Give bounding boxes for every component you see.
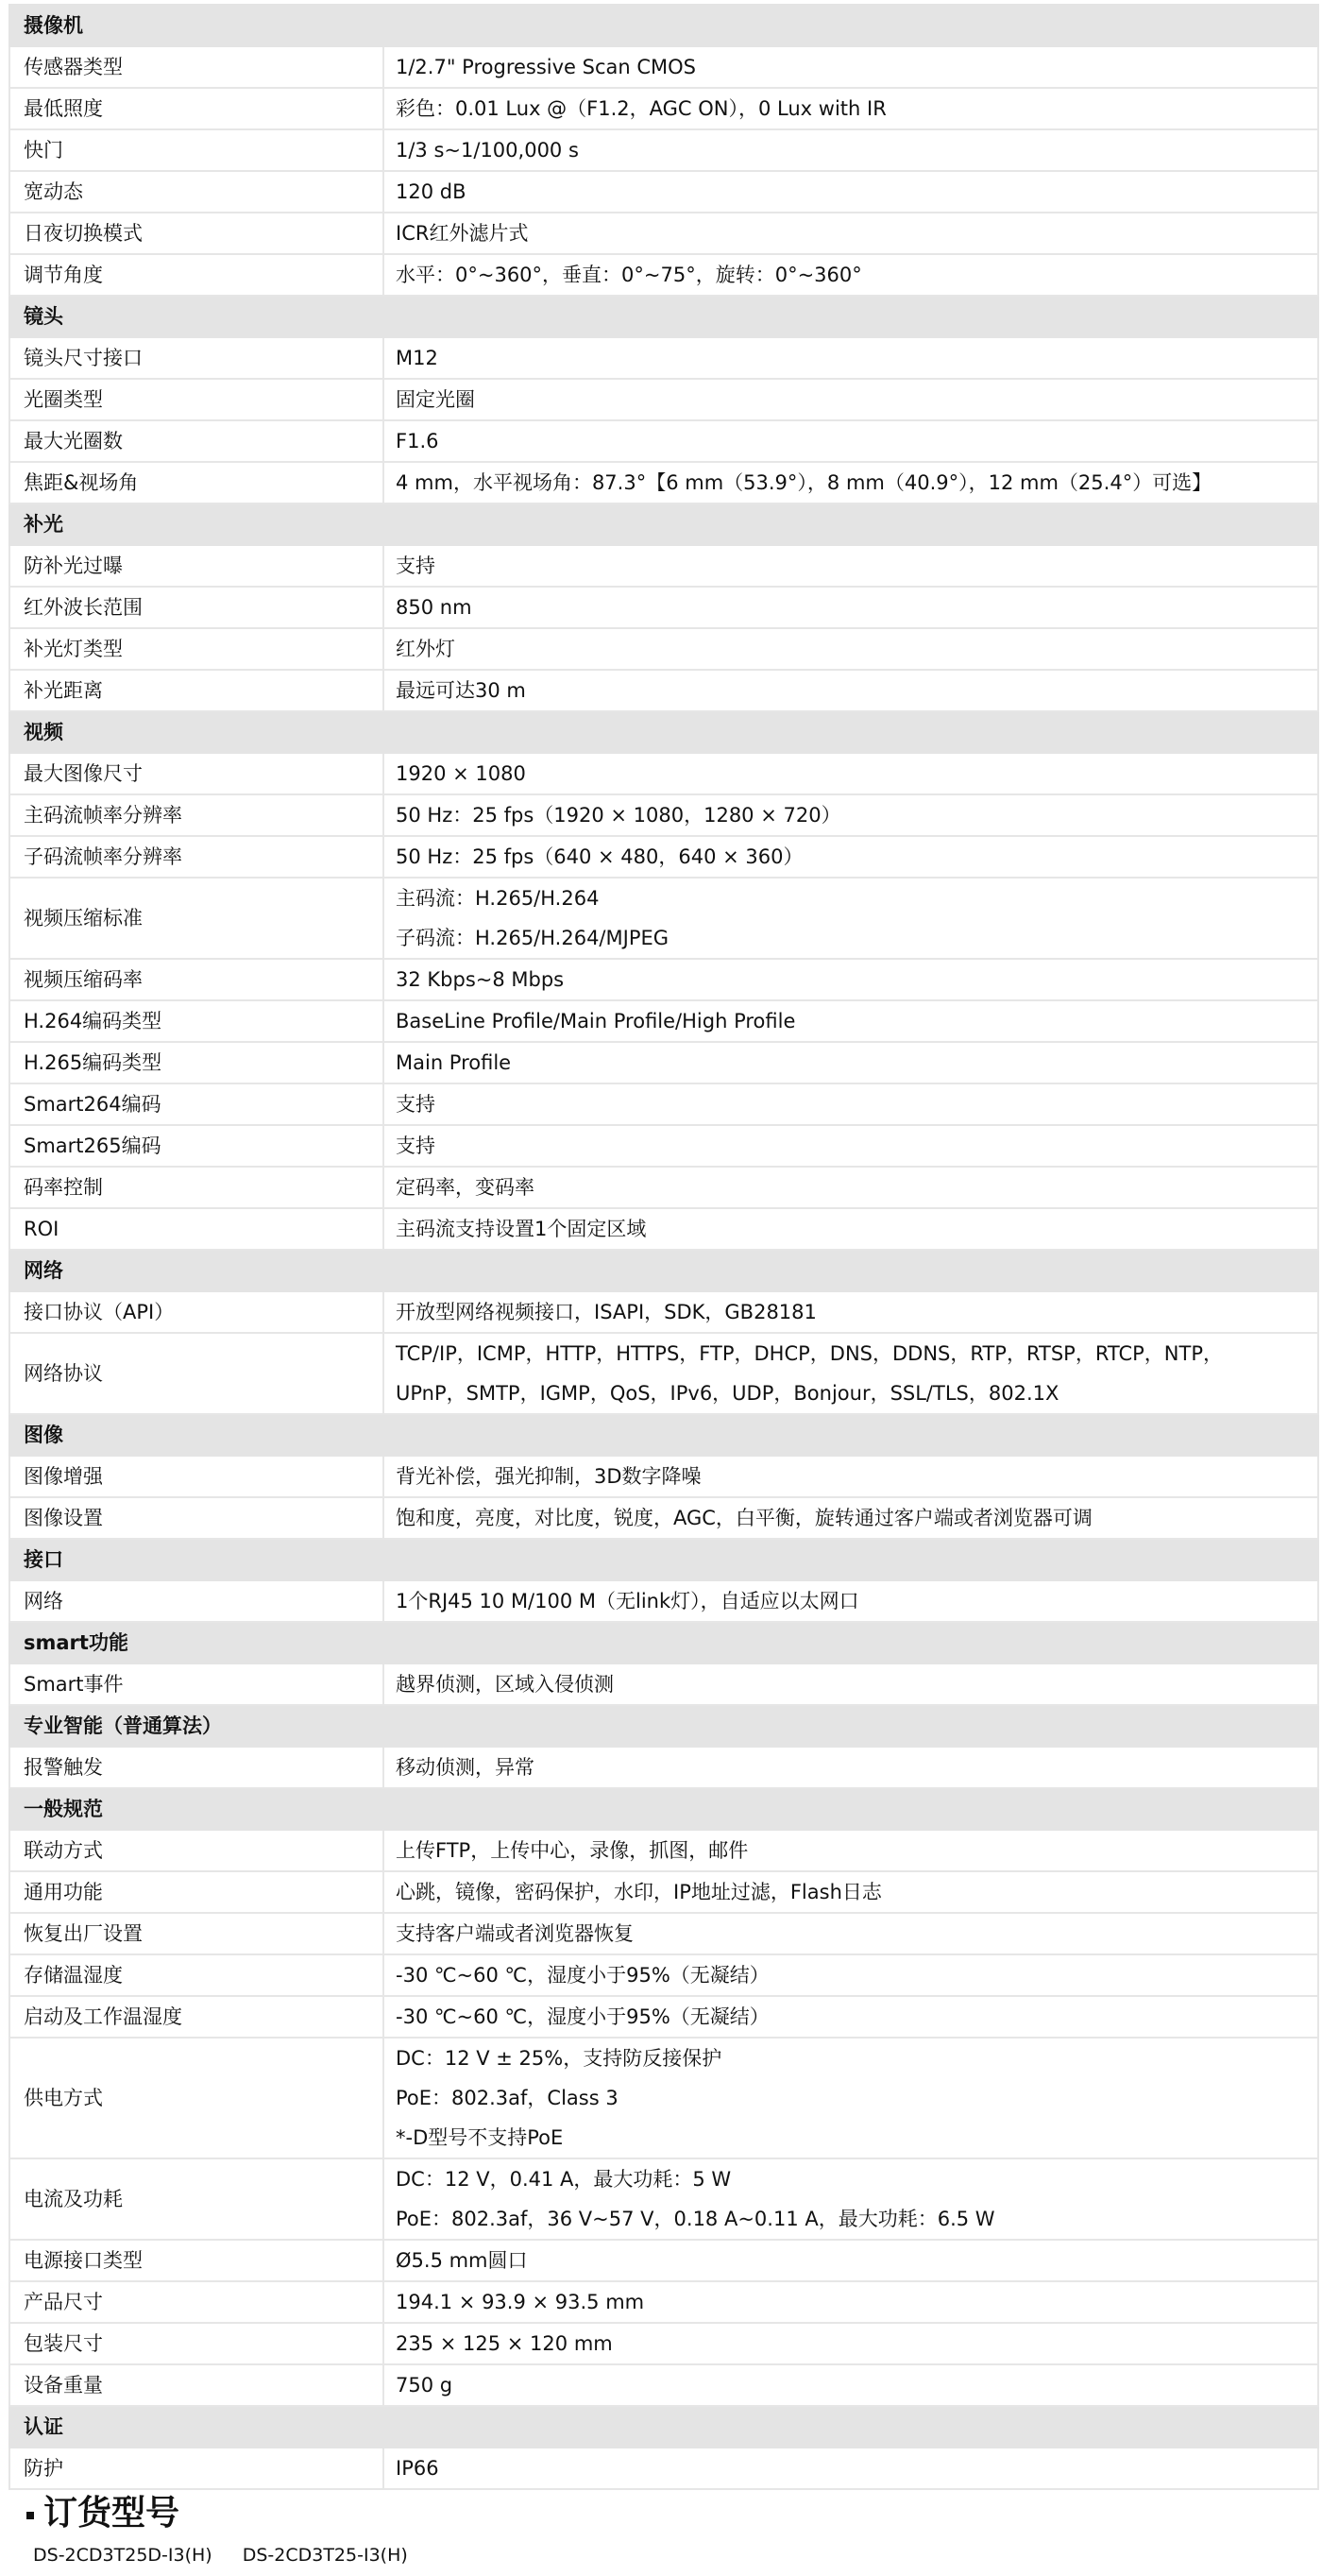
spec-label: 接口协议（API） bbox=[9, 1291, 383, 1333]
spec-value-line: *-D型号不支持PoE bbox=[396, 2118, 1317, 2158]
spec-value: 主码流支持设置1个固定区域 bbox=[383, 1208, 1318, 1250]
spec-value: 开放型网络视频接口，ISAPI，SDK，GB28181 bbox=[383, 1291, 1318, 1333]
spec-value: IP66 bbox=[383, 2448, 1318, 2489]
spec-value-line: -30 ℃~60 ℃，湿度小于95%（无凝结） bbox=[396, 1955, 1317, 1995]
spec-value-line: 越界侦测，区域入侵侦测 bbox=[396, 1664, 1317, 1704]
spec-value-line: 支持 bbox=[396, 546, 1317, 586]
section-header-row: 网络 bbox=[9, 1250, 1318, 1291]
spec-label: 码率控制 bbox=[9, 1167, 383, 1208]
spec-label: 供电方式 bbox=[9, 2038, 383, 2158]
spec-row: 图像增强背光补偿，强光抑制，3D数字降噪 bbox=[9, 1456, 1318, 1497]
spec-value-line: 194.1 × 93.9 × 93.5 mm bbox=[396, 2282, 1317, 2322]
spec-value-line: 32 Kbps~8 Mbps bbox=[396, 960, 1317, 999]
spec-value: 235 × 125 × 120 mm bbox=[383, 2323, 1318, 2364]
spec-value-line: 红外灯 bbox=[396, 629, 1317, 669]
spec-row: 图像设置饱和度，亮度，对比度，锐度，AGC，白平衡，旋转通过客户端或者浏览器可调 bbox=[9, 1497, 1318, 1539]
spec-value-line: 定码率，变码率 bbox=[396, 1168, 1317, 1207]
spec-value-line: 120 dB bbox=[396, 172, 1317, 212]
spec-value: 水平：0°~360°，垂直：0°~75°，旋转：0°~360° bbox=[383, 254, 1318, 296]
section-title: smart功能 bbox=[9, 1622, 1318, 1663]
spec-value-line: 850 nm bbox=[396, 588, 1317, 627]
spec-label: Smart事件 bbox=[9, 1663, 383, 1705]
spec-label: 视频压缩标准 bbox=[9, 878, 383, 959]
spec-value-line: -30 ℃~60 ℃，湿度小于95%（无凝结） bbox=[396, 1997, 1317, 2037]
spec-label: 视频压缩码率 bbox=[9, 959, 383, 1000]
spec-value-line: 移动侦测，异常 bbox=[396, 1748, 1317, 1787]
spec-value: 背光补偿，强光抑制，3D数字降噪 bbox=[383, 1456, 1318, 1497]
spec-value-line: 235 × 125 × 120 mm bbox=[396, 2324, 1317, 2363]
spec-label: 最低照度 bbox=[9, 88, 383, 129]
spec-label: 补光距离 bbox=[9, 670, 383, 711]
spec-value: 定码率，变码率 bbox=[383, 1167, 1318, 1208]
spec-label: 最大光圈数 bbox=[9, 420, 383, 462]
spec-row: 恢复出厂设置支持客户端或者浏览器恢复 bbox=[9, 1913, 1318, 1954]
spec-value: 越界侦测，区域入侵侦测 bbox=[383, 1663, 1318, 1705]
spec-value: DC：12 V ± 25%，支持防反接保护PoE：802.3af，Class 3… bbox=[383, 2038, 1318, 2158]
spec-label: 补光灯类型 bbox=[9, 628, 383, 670]
spec-row: 包装尺寸235 × 125 × 120 mm bbox=[9, 2323, 1318, 2364]
spec-value-line: 支持客户端或者浏览器恢复 bbox=[396, 1914, 1317, 1953]
spec-value-line: M12 bbox=[396, 338, 1317, 378]
section-header-row: 镜头 bbox=[9, 296, 1318, 337]
spec-value: Main Profile bbox=[383, 1042, 1318, 1083]
spec-value-line: PoE：802.3af，36 V~57 V，0.18 A~0.11 A，最大功耗… bbox=[396, 2199, 1317, 2239]
spec-value: 1/3 s~1/100,000 s bbox=[383, 129, 1318, 171]
order-section-heading: 订货型号 bbox=[26, 2490, 179, 2537]
spec-label: 报警触发 bbox=[9, 1747, 383, 1788]
spec-table-body: 摄像机传感器类型1/2.7" Progressive Scan CMOS最低照度… bbox=[9, 5, 1318, 2489]
section-title: 专业智能（普通算法） bbox=[9, 1705, 1318, 1747]
order-model-list: DS-2CD3T25D-I3(H) DS-2CD3T25-I3(H) bbox=[33, 2541, 408, 2569]
section-header-row: 一般规范 bbox=[9, 1788, 1318, 1830]
spec-row: 调节角度水平：0°~360°，垂直：0°~75°，旋转：0°~360° bbox=[9, 254, 1318, 296]
order-model-1: DS-2CD3T25D-I3(H) bbox=[33, 2541, 212, 2569]
spec-value: 120 dB bbox=[383, 171, 1318, 213]
spec-label: 启动及工作温湿度 bbox=[9, 1996, 383, 2038]
spec-value-line: IP66 bbox=[396, 2448, 1317, 2488]
spec-value-line: DC：12 V，0.41 A，最大功耗：5 W bbox=[396, 2159, 1317, 2199]
spec-row: 产品尺寸194.1 × 93.9 × 93.5 mm bbox=[9, 2281, 1318, 2323]
spec-row: 最大图像尺寸1920 × 1080 bbox=[9, 753, 1318, 794]
spec-value-line: 最远可达30 m bbox=[396, 671, 1317, 710]
spec-label: 联动方式 bbox=[9, 1830, 383, 1871]
spec-value-line: Ø5.5 mm圆口 bbox=[396, 2241, 1317, 2280]
spec-row: H.265编码类型Main Profile bbox=[9, 1042, 1318, 1083]
spec-value-line: BaseLine Profile/Main Profile/High Profi… bbox=[396, 1001, 1317, 1041]
spec-row: 传感器类型1/2.7" Progressive Scan CMOS bbox=[9, 46, 1318, 88]
spec-label: 子码流帧率分辨率 bbox=[9, 836, 383, 878]
section-title: 图像 bbox=[9, 1414, 1318, 1456]
order-heading-text: 订货型号 bbox=[43, 2490, 179, 2537]
spec-label: 镜头尺寸接口 bbox=[9, 337, 383, 379]
spec-label: 主码流帧率分辨率 bbox=[9, 794, 383, 836]
spec-value-line: 饱和度，亮度，对比度，锐度，AGC，白平衡，旋转通过客户端或者浏览器可调 bbox=[396, 1498, 1317, 1538]
spec-value: BaseLine Profile/Main Profile/High Profi… bbox=[383, 1000, 1318, 1042]
spec-value: 最远可达30 m bbox=[383, 670, 1318, 711]
spec-label: 宽动态 bbox=[9, 171, 383, 213]
spec-label: 防护 bbox=[9, 2448, 383, 2489]
spec-label: 图像增强 bbox=[9, 1456, 383, 1497]
spec-label: Smart264编码 bbox=[9, 1083, 383, 1125]
spec-row: 视频压缩标准主码流：H.265/H.264子码流：H.265/H.264/MJP… bbox=[9, 878, 1318, 959]
spec-value: -30 ℃~60 ℃，湿度小于95%（无凝结） bbox=[383, 1954, 1318, 1996]
spec-row: 电源接口类型Ø5.5 mm圆口 bbox=[9, 2240, 1318, 2281]
spec-label: 通用功能 bbox=[9, 1871, 383, 1913]
spec-value-line: DC：12 V ± 25%，支持防反接保护 bbox=[396, 2039, 1317, 2078]
spec-label: 最大图像尺寸 bbox=[9, 753, 383, 794]
section-title: 视频 bbox=[9, 711, 1318, 753]
spec-value: 移动侦测，异常 bbox=[383, 1747, 1318, 1788]
spec-value-line: 开放型网络视频接口，ISAPI，SDK，GB28181 bbox=[396, 1292, 1317, 1332]
spec-value-line: 支持 bbox=[396, 1126, 1317, 1166]
spec-value-line: 1/2.7" Progressive Scan CMOS bbox=[396, 47, 1317, 87]
spec-value-line: Main Profile bbox=[396, 1043, 1317, 1083]
spec-label: 调节角度 bbox=[9, 254, 383, 296]
section-title: 认证 bbox=[9, 2406, 1318, 2448]
spec-row: 码率控制定码率，变码率 bbox=[9, 1167, 1318, 1208]
spec-row: 补光灯类型红外灯 bbox=[9, 628, 1318, 670]
spec-label: 电源接口类型 bbox=[9, 2240, 383, 2281]
spec-label: 网络 bbox=[9, 1580, 383, 1622]
spec-value: Ø5.5 mm圆口 bbox=[383, 2240, 1318, 2281]
spec-row: 最低照度彩色：0.01 Lux @（F1.2，AGC ON），0 Lux wit… bbox=[9, 88, 1318, 129]
spec-value-line: 1/3 s~1/100,000 s bbox=[396, 130, 1317, 170]
spec-label: 设备重量 bbox=[9, 2364, 383, 2406]
section-title: 接口 bbox=[9, 1539, 1318, 1580]
spec-row: 防护IP66 bbox=[9, 2448, 1318, 2489]
section-header-row: smart功能 bbox=[9, 1622, 1318, 1663]
spec-label: 电流及功耗 bbox=[9, 2158, 383, 2240]
spec-value: 饱和度，亮度，对比度，锐度，AGC，白平衡，旋转通过客户端或者浏览器可调 bbox=[383, 1497, 1318, 1539]
section-title: 一般规范 bbox=[9, 1788, 1318, 1830]
spec-value-line: PoE：802.3af，Class 3 bbox=[396, 2078, 1317, 2118]
spec-label: 红外波长范围 bbox=[9, 587, 383, 628]
spec-label: 存储温湿度 bbox=[9, 1954, 383, 1996]
spec-value-line: 彩色：0.01 Lux @（F1.2，AGC ON），0 Lux with IR bbox=[396, 89, 1317, 128]
spec-value: 750 g bbox=[383, 2364, 1318, 2406]
spec-row: 焦距&视场角4 mm，水平视场角：87.3°【6 mm（53.9°），8 mm（… bbox=[9, 462, 1318, 503]
spec-row: 补光距离最远可达30 m bbox=[9, 670, 1318, 711]
spec-label: H.265编码类型 bbox=[9, 1042, 383, 1083]
spec-value: 32 Kbps~8 Mbps bbox=[383, 959, 1318, 1000]
spec-value-line: 主码流支持设置1个固定区域 bbox=[396, 1209, 1317, 1249]
spec-value: 1920 × 1080 bbox=[383, 753, 1318, 794]
section-title: 镜头 bbox=[9, 296, 1318, 337]
spec-row: 子码流帧率分辨率50 Hz：25 fps（640 × 480，640 × 360… bbox=[9, 836, 1318, 878]
spec-value: 彩色：0.01 Lux @（F1.2，AGC ON），0 Lux with IR bbox=[383, 88, 1318, 129]
spec-label: 包装尺寸 bbox=[9, 2323, 383, 2364]
spec-row: 启动及工作温湿度-30 ℃~60 ℃，湿度小于95%（无凝结） bbox=[9, 1996, 1318, 2038]
section-header-row: 补光 bbox=[9, 503, 1318, 545]
spec-row: 报警触发移动侦测，异常 bbox=[9, 1747, 1318, 1788]
section-header-row: 摄像机 bbox=[9, 5, 1318, 46]
spec-value: ICR红外滤片式 bbox=[383, 213, 1318, 254]
spec-row: Smart265编码支持 bbox=[9, 1125, 1318, 1167]
spec-value: 1个RJ45 10 M/100 M（无link灯），自适应以太网口 bbox=[383, 1580, 1318, 1622]
spec-value: -30 ℃~60 ℃，湿度小于95%（无凝结） bbox=[383, 1996, 1318, 2038]
spec-label: 光圈类型 bbox=[9, 379, 383, 420]
spec-value: 4 mm，水平视场角：87.3°【6 mm（53.9°），8 mm（40.9°）… bbox=[383, 462, 1318, 503]
spec-row: 存储温湿度-30 ℃~60 ℃，湿度小于95%（无凝结） bbox=[9, 1954, 1318, 1996]
section-header-row: 图像 bbox=[9, 1414, 1318, 1456]
spec-row: Smart事件越界侦测，区域入侵侦测 bbox=[9, 1663, 1318, 1705]
spec-value-line: 水平：0°~360°，垂直：0°~75°，旋转：0°~360° bbox=[396, 255, 1317, 295]
spec-table: 摄像机传感器类型1/2.7" Progressive Scan CMOS最低照度… bbox=[8, 4, 1319, 2490]
spec-value: M12 bbox=[383, 337, 1318, 379]
spec-value-line: 背光补偿，强光抑制，3D数字降噪 bbox=[396, 1457, 1317, 1496]
spec-value: 支持 bbox=[383, 1083, 1318, 1125]
section-title: 网络 bbox=[9, 1250, 1318, 1291]
spec-row: 主码流帧率分辨率50 Hz：25 fps（1920 × 1080，1280 × … bbox=[9, 794, 1318, 836]
spec-value-line: F1.6 bbox=[396, 421, 1317, 461]
spec-row: 快门1/3 s~1/100,000 s bbox=[9, 129, 1318, 171]
spec-row: 最大光圈数F1.6 bbox=[9, 420, 1318, 462]
spec-value: 194.1 × 93.9 × 93.5 mm bbox=[383, 2281, 1318, 2323]
section-header-row: 接口 bbox=[9, 1539, 1318, 1580]
spec-value: 支持 bbox=[383, 545, 1318, 587]
section-header-row: 认证 bbox=[9, 2406, 1318, 2448]
spec-row: 防补光过曝支持 bbox=[9, 545, 1318, 587]
spec-value-line: 支持 bbox=[396, 1084, 1317, 1124]
spec-label: 防补光过曝 bbox=[9, 545, 383, 587]
spec-row: 联动方式上传FTP，上传中心，录像，抓图，邮件 bbox=[9, 1830, 1318, 1871]
spec-value-line: 子码流：H.265/H.264/MJPEG bbox=[396, 918, 1317, 958]
spec-row: 电流及功耗DC：12 V，0.41 A，最大功耗：5 WPoE：802.3af，… bbox=[9, 2158, 1318, 2240]
spec-value: 850 nm bbox=[383, 587, 1318, 628]
spec-value-line: 1个RJ45 10 M/100 M（无link灯），自适应以太网口 bbox=[396, 1581, 1317, 1621]
spec-label: 产品尺寸 bbox=[9, 2281, 383, 2323]
spec-row: 日夜切换模式ICR红外滤片式 bbox=[9, 213, 1318, 254]
spec-row: 镜头尺寸接口M12 bbox=[9, 337, 1318, 379]
spec-value-line: 4 mm，水平视场角：87.3°【6 mm（53.9°），8 mm（40.9°）… bbox=[396, 463, 1317, 503]
spec-value: 50 Hz：25 fps（1920 × 1080，1280 × 720） bbox=[383, 794, 1318, 836]
spec-row: 供电方式DC：12 V ± 25%，支持防反接保护PoE：802.3af，Cla… bbox=[9, 2038, 1318, 2158]
spec-value-line: 50 Hz：25 fps（1920 × 1080，1280 × 720） bbox=[396, 795, 1317, 835]
spec-label: 图像设置 bbox=[9, 1497, 383, 1539]
spec-value-line: 上传FTP，上传中心，录像，抓图，邮件 bbox=[396, 1831, 1317, 1870]
spec-value: 主码流：H.265/H.264子码流：H.265/H.264/MJPEG bbox=[383, 878, 1318, 959]
section-header-row: 专业智能（普通算法） bbox=[9, 1705, 1318, 1747]
spec-row: 红外波长范围850 nm bbox=[9, 587, 1318, 628]
spec-row: 网络协议TCP/IP，ICMP，HTTP，HTTPS，FTP，DHCP，DNS，… bbox=[9, 1333, 1318, 1414]
spec-value-line: UPnP，SMTP，IGMP，QoS，IPv6，UDP，Bonjour，SSL/… bbox=[396, 1373, 1317, 1413]
bullet-square-icon bbox=[26, 2512, 34, 2519]
spec-row: Smart264编码支持 bbox=[9, 1083, 1318, 1125]
spec-row: ROI主码流支持设置1个固定区域 bbox=[9, 1208, 1318, 1250]
spec-row: 宽动态120 dB bbox=[9, 171, 1318, 213]
spec-value-line: 心跳，镜像，密码保护，水印，IP地址过滤，Flash日志 bbox=[396, 1872, 1317, 1912]
spec-value: 上传FTP，上传中心，录像，抓图，邮件 bbox=[383, 1830, 1318, 1871]
spec-label: Smart265编码 bbox=[9, 1125, 383, 1167]
spec-value: F1.6 bbox=[383, 420, 1318, 462]
section-title: 补光 bbox=[9, 503, 1318, 545]
spec-row: 网络1个RJ45 10 M/100 M（无link灯），自适应以太网口 bbox=[9, 1580, 1318, 1622]
spec-value: 心跳，镜像，密码保护，水印，IP地址过滤，Flash日志 bbox=[383, 1871, 1318, 1913]
spec-value: 1/2.7" Progressive Scan CMOS bbox=[383, 46, 1318, 88]
order-model-2: DS-2CD3T25-I3(H) bbox=[243, 2541, 408, 2569]
spec-value: 50 Hz：25 fps（640 × 480，640 × 360） bbox=[383, 836, 1318, 878]
spec-label: 网络协议 bbox=[9, 1333, 383, 1414]
spec-value: TCP/IP，ICMP，HTTP，HTTPS，FTP，DHCP，DNS，DDNS… bbox=[383, 1333, 1318, 1414]
spec-value-line: 主码流：H.265/H.264 bbox=[396, 879, 1317, 918]
spec-row: 光圈类型固定光圈 bbox=[9, 379, 1318, 420]
spec-value: 固定光圈 bbox=[383, 379, 1318, 420]
spec-value-line: 750 g bbox=[396, 2365, 1317, 2405]
section-title: 摄像机 bbox=[9, 5, 1318, 46]
spec-label: ROI bbox=[9, 1208, 383, 1250]
spec-value-line: 50 Hz：25 fps（640 × 480，640 × 360） bbox=[396, 837, 1317, 877]
spec-label: H.264编码类型 bbox=[9, 1000, 383, 1042]
spec-label: 日夜切换模式 bbox=[9, 213, 383, 254]
spec-value-line: TCP/IP，ICMP，HTTP，HTTPS，FTP，DHCP，DNS，DDNS… bbox=[396, 1334, 1317, 1373]
spec-row: 设备重量750 g bbox=[9, 2364, 1318, 2406]
spec-label: 快门 bbox=[9, 129, 383, 171]
spec-value: DC：12 V，0.41 A，最大功耗：5 WPoE：802.3af，36 V~… bbox=[383, 2158, 1318, 2240]
spec-label: 焦距&视场角 bbox=[9, 462, 383, 503]
section-header-row: 视频 bbox=[9, 711, 1318, 753]
spec-value: 支持 bbox=[383, 1125, 1318, 1167]
spec-label: 传感器类型 bbox=[9, 46, 383, 88]
spec-value-line: 固定光圈 bbox=[396, 380, 1317, 419]
spec-value-line: 1920 × 1080 bbox=[396, 754, 1317, 793]
spec-value-line: ICR红外滤片式 bbox=[396, 213, 1317, 253]
spec-label: 恢复出厂设置 bbox=[9, 1913, 383, 1954]
spec-row: 接口协议（API）开放型网络视频接口，ISAPI，SDK，GB28181 bbox=[9, 1291, 1318, 1333]
spec-value: 支持客户端或者浏览器恢复 bbox=[383, 1913, 1318, 1954]
spec-row: 视频压缩码率32 Kbps~8 Mbps bbox=[9, 959, 1318, 1000]
spec-row: H.264编码类型BaseLine Profile/Main Profile/H… bbox=[9, 1000, 1318, 1042]
spec-value: 红外灯 bbox=[383, 628, 1318, 670]
spec-row: 通用功能心跳，镜像，密码保护，水印，IP地址过滤，Flash日志 bbox=[9, 1871, 1318, 1913]
